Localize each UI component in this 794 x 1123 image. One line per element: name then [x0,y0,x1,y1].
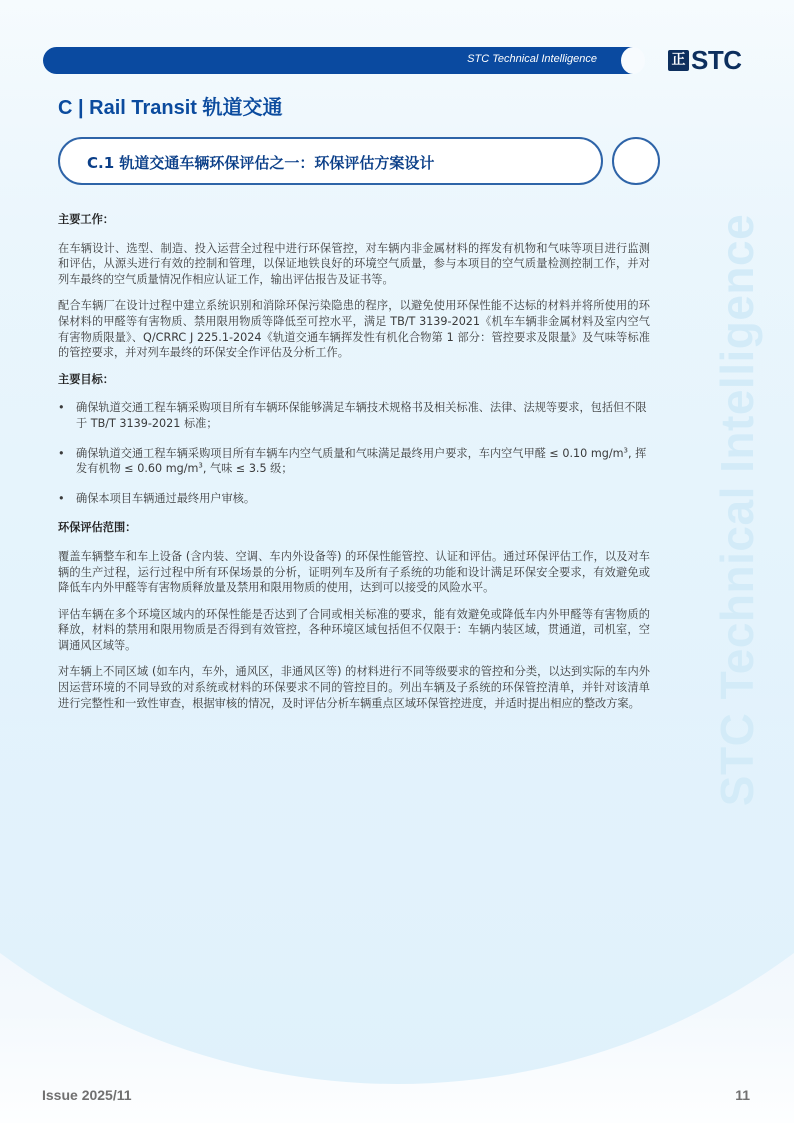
main-work-paragraph-1: 在车辆设计、选型、制造、投入运营全过程中进行环保管控，对车辆内非金属材料的挥发有… [58,241,650,288]
stc-logo: 正 STC [668,49,742,71]
bullet-icon: • [58,446,65,462]
page-number: 11 [735,1087,750,1103]
footer-issue: Issue 2025/11 [42,1087,132,1103]
header-tagline: STC Technical Intelligence [467,53,597,65]
header-bar: STC Technical Intelligence [43,47,633,74]
goal-text: 确保本项目车辆通过最终用户审核。 [76,492,255,505]
scope-paragraph-2: 评估车辆在多个环境区域内的环保性能是否达到了合同或相关标准的要求，能有效避免或降… [58,607,650,654]
document-body: 主要工作： 在车辆设计、选型、制造、投入运营全过程中进行环保管控，对车辆内非金属… [58,212,650,722]
scope-paragraph-1: 覆盖车辆整车和车上设备 (含内装、空调、车内外设备等) 的环保性能管控、认证和评… [58,549,650,596]
goal-text: 确保轨道交通工程车辆采购项目所有车辆环保能够满足车辆技术规格书及相关标准、法律、… [76,401,647,430]
main-goals-heading: 主要目标： [58,372,650,388]
bullet-icon: • [58,400,65,416]
main-work-heading: 主要工作： [58,212,650,228]
section-decoration-circle [612,137,660,185]
list-item: • 确保本项目车辆通过最终用户审核。 [58,491,650,507]
bullet-icon: • [58,491,65,507]
goal-text-a: 确保轨道交通工程车辆采购项目所有车辆车内空气质量和气味满足最终用户要求，车内空气… [76,447,624,460]
goal-text-c: , 气味 ≤ 3.5 级； [203,462,293,475]
stc-logo-icon: 正 [668,50,689,71]
side-watermark: STC Technical Intelligence [710,214,764,806]
main-goals-list: • 确保轨道交通工程车辆采购项目所有车辆环保能够满足车辆技术规格书及相关标准、法… [58,400,650,506]
main-work-paragraph-2: 配合车辆厂在设计过程中建立系统识别和消除环保污染隐患的程序，以避免使用环保性能不… [58,298,650,360]
list-item: • 确保轨道交通工程车辆采购项目所有车辆车内空气质量和气味满足最终用户要求，车内… [58,446,650,477]
section-title: C.1 轨道交通车辆环保评估之一：环保评估方案设计 [87,152,434,173]
scope-paragraph-3: 对车辆上不同区域 (如车内，车外，通风区，非通风区等) 的材料进行不同等级要求的… [58,664,650,711]
list-item: • 确保轨道交通工程车辆采购项目所有车辆环保能够满足车辆技术规格书及相关标准、法… [58,400,650,431]
chapter-title: C | Rail Transit 轨道交通 [58,91,283,120]
section-title-box: C.1 轨道交通车辆环保评估之一：环保评估方案设计 [58,137,603,185]
scope-heading: 环保评估范围： [58,520,650,536]
stc-logo-text: STC [691,49,742,71]
